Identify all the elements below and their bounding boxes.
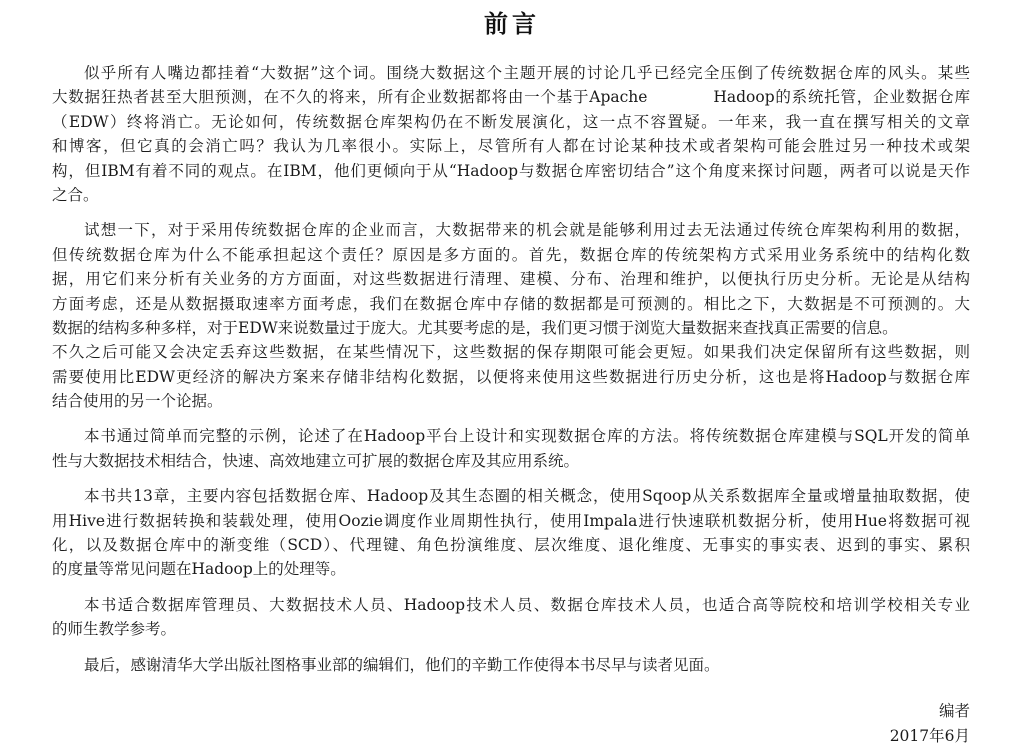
text-line: 大数据狂热者甚至大胆预测，在不久的将来，所有企业数据都将由一个基于Apache … [52,85,970,109]
text-line: 的师生教学参考。 [52,617,970,641]
paragraph-2: 试想一下，对于采用传统数据仓库的企业而言，大数据带来的机会就是能够利用过去无法通… [52,218,970,413]
text-line: 用Hive进行数据转换和装载处理，使用Oozie调度作业周期性执行，使用Impa… [52,509,970,533]
paragraph-3: 本书通过简单而完整的示例，论述了在Hadoop平台上设计和实现数据仓库的方法。将… [52,424,970,473]
text-line: 本书通过简单而完整的示例，论述了在Hadoop平台上设计和实现数据仓库的方法。将… [52,424,970,448]
text-line: （EDW）终将消亡。无论如何，传统数据仓库架构仍在不断发展演化，这一点不容置疑。… [52,110,970,134]
paragraph-5: 本书适合数据库管理员、大数据技术人员、Hadoop技术人员、数据仓库技术人员，也… [52,593,970,642]
text-line: 但传统数据仓库为什么不能承担起这个责任？原因是多方面的。首先，数据仓库的传统架构… [52,243,970,267]
text-line: 的度量等常见问题在Hadoop上的处理等。 [52,557,970,581]
text-line: 似乎所有人嘴边都挂着“大数据”这个词。围绕大数据这个主题开展的讨论几乎已经完全压… [52,61,970,85]
text-line: 方面考虑，还是从数据摄取速率方面考虑，我们在数据仓库中存储的数据都是可预测的。相… [52,292,970,316]
paragraph-1: 似乎所有人嘴边都挂着“大数据”这个词。围绕大数据这个主题开展的讨论几乎已经完全压… [52,61,970,207]
text-line: 本书共13章，主要内容包括数据仓库、Hadoop及其生态圈的相关概念，使用Sqo… [52,484,970,508]
page-title: 前言 [0,4,1024,39]
text-line: 据，用它们来分析有关业务的方方面面，对这些数据进行清理、建模、分布、治理和维护，… [52,267,970,291]
text-line: 之合。 [52,183,970,207]
text-line: 最后，感谢清华大学出版社图格事业部的编辑们，他们的辛勤工作使得本书尽早与读者见面… [52,653,970,677]
signature-author: 编者 [939,699,970,721]
text-line: 构，但IBM有着不同的观点。在IBM，他们更倾向于从“Hadoop与数据仓库密切… [52,159,970,183]
text-line: 化，以及数据仓库中的渐变维（SCD）、代理键、角色扮演维度、层次维度、退化维度、… [52,533,970,557]
text-line: 数据的结构多种多样，对于EDW来说数量过于庞大。尤其要考虑的是，我们更习惯于浏览… [52,316,970,340]
text-line: 试想一下，对于采用传统数据仓库的企业而言，大数据带来的机会就是能够利用过去无法通… [52,218,970,242]
paragraph-6: 最后，感谢清华大学出版社图格事业部的编辑们，他们的辛勤工作使得本书尽早与读者见面… [52,653,970,677]
text-line: 不久之后可能又会决定丢弃这些数据，在某些情况下，这些数据的保存期限可能会更短。如… [52,340,970,364]
text-line: 性与大数据技术相结合，快速、高效地建立可扩展的数据仓库及其应用系统。 [52,449,970,473]
preface-body: 似乎所有人嘴边都挂着“大数据”这个词。围绕大数据这个主题开展的讨论几乎已经完全压… [52,61,970,688]
paragraph-4: 本书共13章，主要内容包括数据仓库、Hadoop及其生态圈的相关概念，使用Sqo… [52,484,970,582]
text-line: 和博客，但它真的会消亡吗？我认为几率很小。实际上，尽管所有人都在讨论某种技术或者… [52,134,970,158]
text-line: 需要使用比EDW更经济的解决方案来存储非结构化数据，以便将来使用这些数据进行历史… [52,365,970,389]
text-line: 本书适合数据库管理员、大数据技术人员、Hadoop技术人员、数据仓库技术人员，也… [52,593,970,617]
signature-date: 2017年6月 [890,724,970,746]
text-line: 结合使用的另一个论据。 [52,389,970,413]
